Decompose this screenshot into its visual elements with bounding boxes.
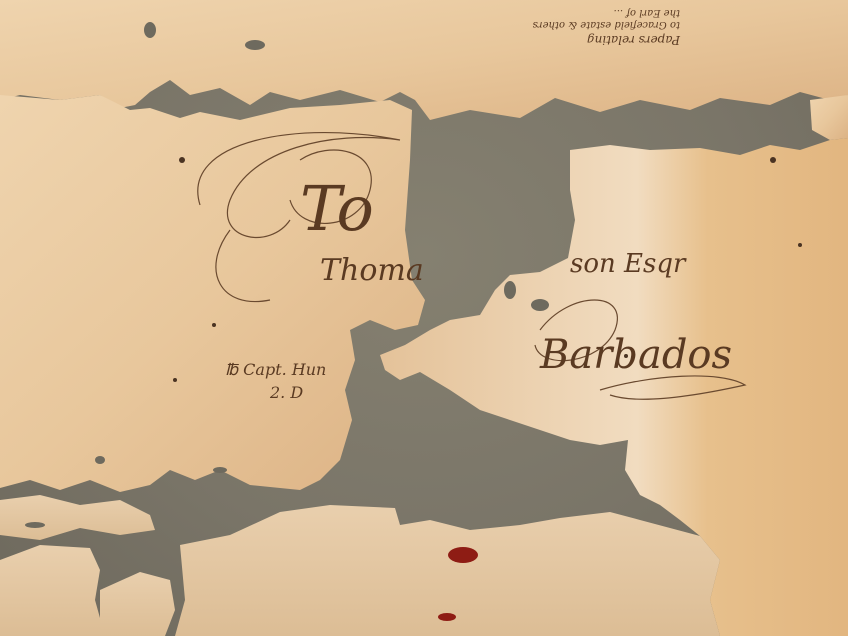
paper-fragments: Papers relating to Gracefield estate & o… xyxy=(0,0,848,636)
salutation-to: To xyxy=(300,172,374,245)
fragment-left xyxy=(0,95,425,492)
fragment-top-right xyxy=(810,95,848,140)
addressee-first-name: Thoma xyxy=(320,253,424,288)
fragment-bottom-left xyxy=(0,545,105,636)
svg-text:to Gracefield estate & others: to Gracefield estate & others xyxy=(533,19,680,30)
svg-text:the Earl of ...: the Earl of ... xyxy=(614,7,680,18)
fragment-left-lower xyxy=(0,495,155,540)
routing-date: 2. D xyxy=(269,383,303,402)
document-photo: Papers relating to Gracefield estate & o… xyxy=(0,0,848,636)
svg-text:Papers relating: Papers relating xyxy=(587,33,681,47)
addressee-surname: son Esqr xyxy=(570,249,687,279)
fragment-bottom-small xyxy=(100,572,175,636)
destination: Barbados xyxy=(539,332,732,378)
fragment-top xyxy=(0,0,848,120)
routing-captain: ℔ Capt. Hun xyxy=(225,360,326,379)
